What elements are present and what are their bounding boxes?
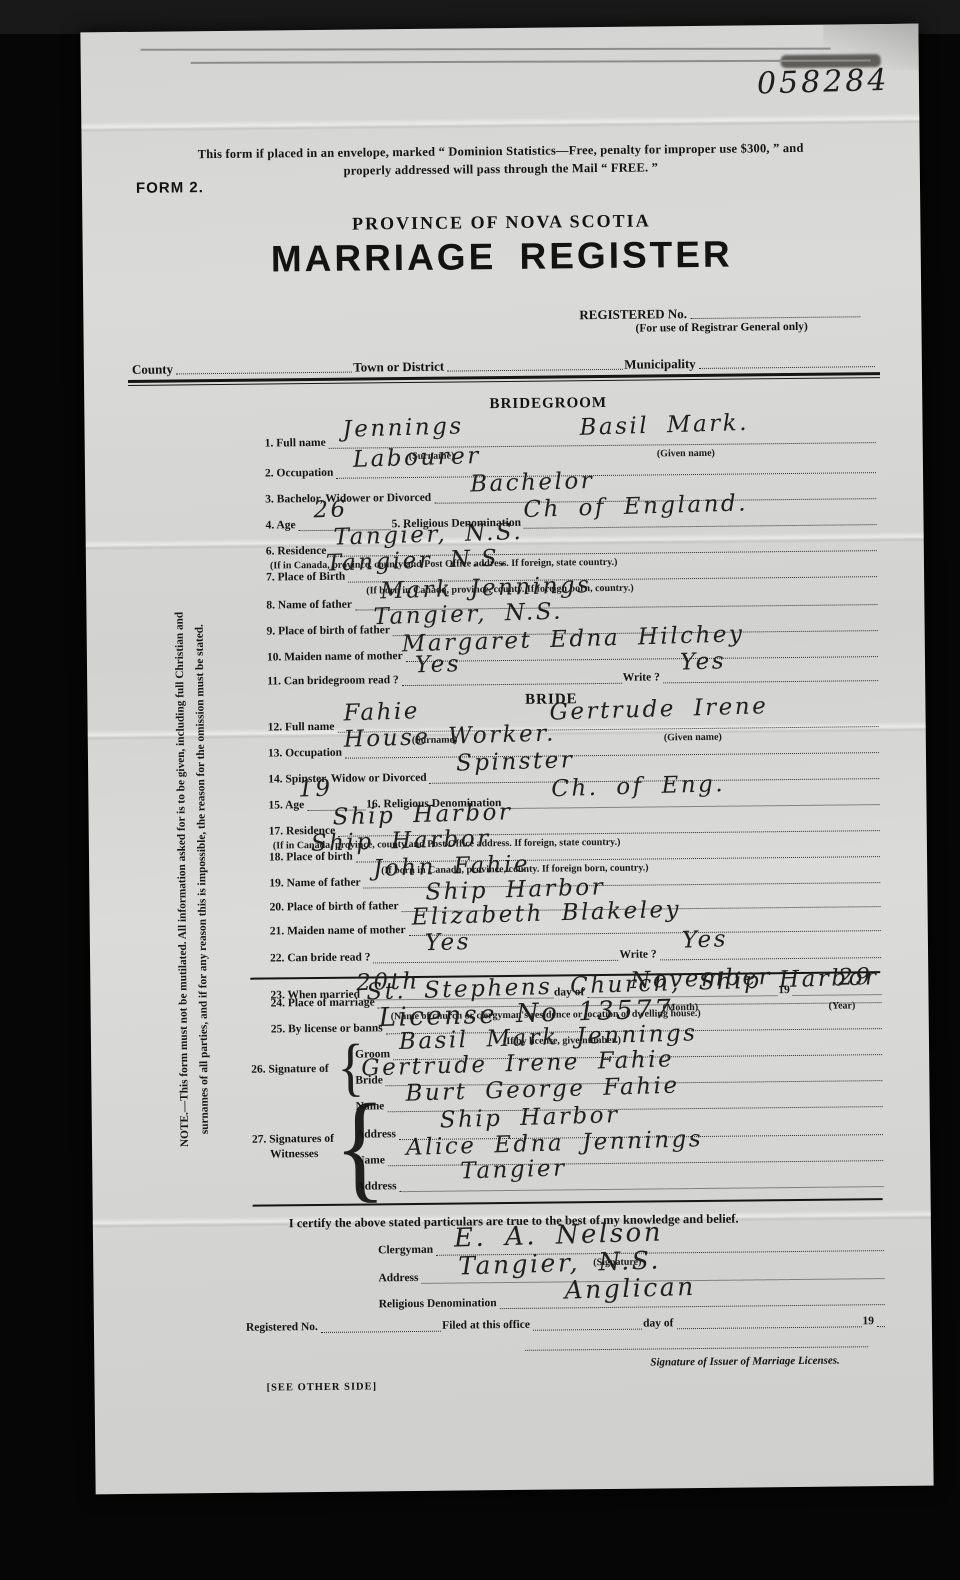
handwritten-surname: Jennings — [342, 415, 464, 442]
field-label: Write ? — [619, 948, 658, 961]
field-witness1-name: Name Burt George Fahie — [356, 1090, 884, 1114]
field-label: Address — [356, 1180, 398, 1193]
handwritten-surname: Fahie — [343, 700, 420, 725]
dotted-line — [321, 1331, 441, 1333]
handwritten-father-birthplace: Tangier, N.S. — [373, 601, 563, 630]
handwritten-can-write: Yes — [680, 650, 727, 674]
dotted-line — [402, 683, 622, 686]
handwritten-witness2-address: Tangier — [460, 1157, 567, 1183]
stamp-number: 058284 — [756, 63, 889, 102]
handwritten-birthplace: Tangier N.S. — [326, 547, 509, 575]
field-label: 12. Full name — [268, 721, 337, 735]
dotted-line — [877, 1326, 885, 1327]
field-label: Name — [356, 1154, 387, 1167]
footer-registered-no-label: Registered No. — [246, 1321, 320, 1335]
field-bridegroom-father: 8. Name of father Mark Jennings — [266, 588, 878, 612]
field-bridegroom-mother: 10. Maiden name of mother Margaret Edna … — [267, 640, 879, 664]
field-label: 6. Residence — [266, 545, 329, 559]
field-witness2-name: Name Alice Edna Jennings — [356, 1144, 884, 1168]
dotted-line — [406, 656, 878, 662]
handwritten-status: Spinster — [456, 749, 575, 775]
field-bride-birthplace: 18. Place of birth Ship Harbor — [269, 840, 881, 864]
dotted-line — [663, 680, 878, 683]
field-label: 20. Place of birth of father — [269, 900, 400, 914]
document-page: 058284 This form if placed in an envelop… — [80, 24, 933, 1495]
field-label: Write ? — [623, 671, 662, 684]
dotted-line — [504, 804, 879, 809]
field-label: 22. Can bride read ? — [270, 951, 373, 965]
field-label: 10. Maiden name of mother — [267, 650, 405, 664]
issuer-signature-label: Signature of Issuer of Marriage Licenses… — [650, 1355, 840, 1369]
field-label: 25. By license or banns — [271, 1022, 385, 1036]
signature-of-label: 26. Signature of — [251, 1063, 329, 1076]
handwritten-given-name: Gertrude Irene — [549, 695, 768, 724]
dotted-line — [400, 1186, 884, 1192]
see-other-side-note: [SEE OTHER SIDE] — [267, 1381, 378, 1393]
dotted-line — [525, 1346, 868, 1351]
scanned-document-background: 058284 This form if placed in an envelop… — [0, 0, 960, 1580]
handwritten-witness1-name: Burt George Fahie — [405, 1075, 680, 1106]
handwritten-can-read: Yes — [415, 653, 462, 677]
field-label: Address — [378, 1272, 420, 1285]
witnesses-label-line2: Witnesses — [270, 1148, 318, 1161]
field-bride-literacy: 22. Can bride read ? Write ? Yes Yes — [270, 923, 882, 965]
county-label: County — [132, 362, 175, 375]
field-witness2-address: Address Tangier — [356, 1170, 884, 1194]
stacked-page-edge — [141, 48, 831, 51]
handwritten-occupation: Labourer — [353, 445, 482, 472]
margin-note: NOTE.—This form must not be mutilated. A… — [170, 555, 216, 1203]
field-label: Name — [356, 1100, 387, 1113]
field-label: 14. Spinster, Widow or Divorced — [268, 772, 429, 787]
dotted-line — [524, 524, 877, 529]
field-denomination: Religious Denomination Anglican — [379, 1288, 886, 1311]
handwritten-religion: Ch of England. — [523, 492, 748, 522]
dotted-line — [447, 369, 623, 372]
dotted-line — [176, 372, 352, 375]
dotted-line — [677, 1326, 862, 1329]
handwritten-age: 19 — [298, 778, 333, 802]
field-label: Address — [356, 1128, 398, 1141]
stacked-page-edge — [191, 60, 871, 64]
handwritten-birthplace: Ship Harbor — [311, 827, 491, 855]
handwritten-age: 26 — [313, 498, 348, 522]
registered-no-label: REGISTERED No. — [579, 307, 689, 321]
register-title: MARRIAGE REGISTER — [83, 232, 921, 283]
registered-no-row: REGISTERED No. — [579, 300, 861, 321]
handwritten-can-read: Yes — [425, 931, 472, 955]
municipality-label: Municipality — [624, 357, 698, 371]
field-bridegroom-literacy: 11. Can bridegroom read ? Write ? Yes Ye… — [267, 664, 879, 688]
field-label: Clergyman — [378, 1244, 435, 1258]
field-label: 19. Name of father — [269, 877, 362, 891]
dotted-line — [345, 752, 879, 759]
field-label: 3. Bachelor, Widower or Divorced — [265, 492, 433, 507]
field-label: 13. Occupation — [268, 747, 344, 761]
town-label: Town or District — [353, 360, 446, 374]
handwritten-religion: Ch. of Eng. — [551, 773, 725, 801]
field-label: 2. Occupation — [265, 467, 336, 481]
handwritten-witness1-address: Ship Harbor — [439, 1104, 619, 1132]
handwritten-given-name: Basil Mark. — [579, 412, 749, 440]
issuer-signature-line — [524, 1336, 869, 1352]
footer-filing-row: Registered No. Filed at this office day … — [246, 1310, 886, 1335]
handwritten-denomination: Anglican — [564, 1274, 696, 1303]
footer-day-of-label: day of — [643, 1317, 675, 1330]
field-label: 24. Place of marriage — [270, 996, 376, 1010]
paper-crease — [81, 114, 919, 133]
bridegroom-heading: BRIDEGROOM — [234, 392, 862, 416]
dotted-line — [336, 472, 876, 479]
dotted-line — [690, 316, 860, 319]
field-label: Religious Denomination — [379, 1297, 499, 1311]
field-label: 11. Can bridegroom read ? — [267, 674, 401, 688]
witnesses-label-line1: 27. Signatures of — [252, 1133, 334, 1146]
dotted-line — [699, 366, 875, 369]
form-number: FORM 2. — [136, 179, 204, 197]
handwritten-occupation: House Worker. — [343, 722, 556, 751]
county-row: County Town or District Municipality — [132, 350, 876, 376]
dotted-line — [533, 1329, 642, 1331]
registrar-note: (For use of Registrar General only) — [635, 321, 807, 335]
handwritten-can-write: Yes — [682, 928, 729, 952]
handwritten-status: Bachelor — [470, 470, 595, 497]
dotted-line — [500, 1304, 885, 1309]
field-label: 4. Age — [265, 519, 297, 532]
footer-filed-label: Filed at this office — [442, 1319, 532, 1333]
field-label: 8. Name of father — [266, 599, 354, 613]
field-label: 1. Full name — [265, 437, 328, 451]
footer-year-prefix: 19 — [862, 1315, 876, 1328]
